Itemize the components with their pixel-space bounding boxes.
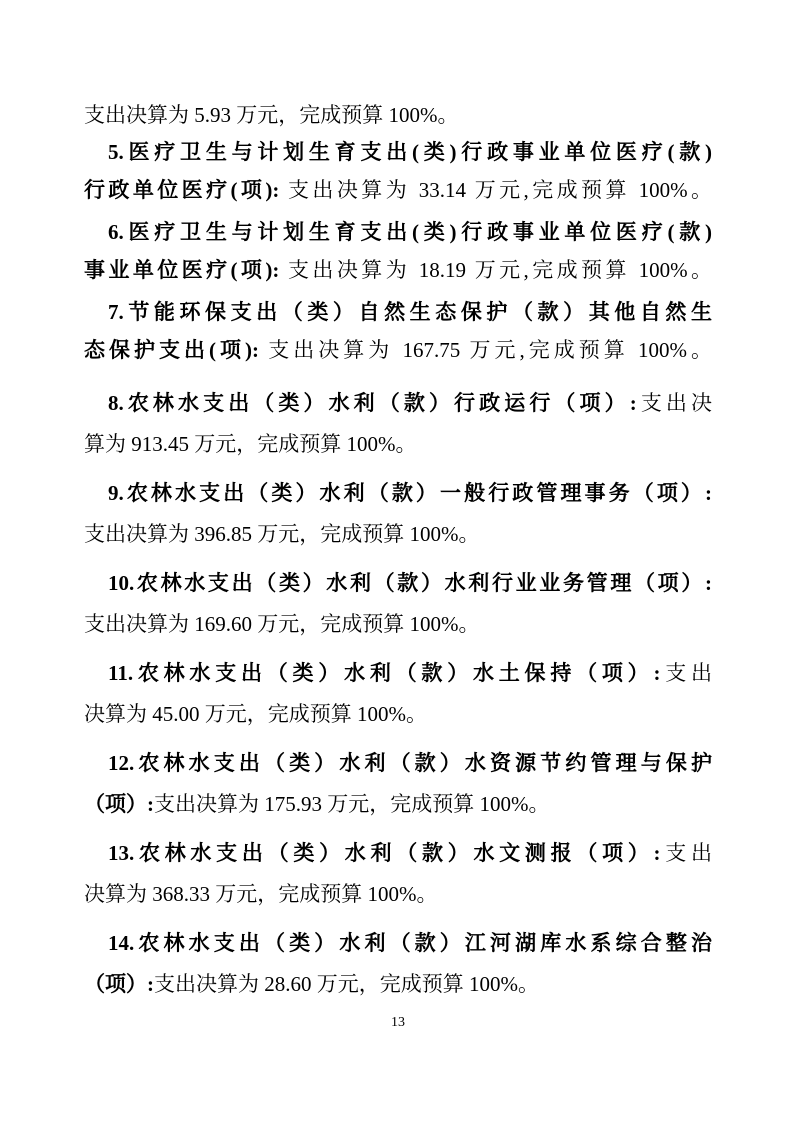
paragraph-item-4-continuation: 支出决算为 5.93 万元，完成预算 100%。 (84, 99, 712, 129)
body-text: 支出决算为 175.93 万元，完成预算 100%。 (154, 792, 550, 816)
body-text: 支出 (660, 661, 712, 685)
text-line: 10.农林水支出（类）水利（款）水利行业业务管理（项）: (84, 563, 712, 604)
item-heading: 9.农林水支出（类）水利（款）一般行政管理事务（项）: (108, 481, 712, 505)
paragraph-item-6: 6.医疗卫生与计划生育支出(类)行政事业单位医疗(款) 事业单位医疗(项): 支… (84, 213, 712, 289)
text-line: 决算为 45.00 万元，完成预算 100%。 (84, 694, 712, 735)
text-line: 11.农林水支出（类）水利（款）水土保持（项）:支出 (84, 653, 712, 694)
text-line: 行政单位医疗(项): 支出决算为 33.14 万元,完成预算 100%。 (84, 171, 712, 209)
paragraph-item-12: 12.农林水支出（类）水利（款）水资源节约管理与保护 （项）:支出决算为 175… (84, 743, 712, 825)
paragraph-item-5: 5.医疗卫生与计划生育支出(类)行政事业单位医疗(款) 行政单位医疗(项): 支… (84, 133, 712, 209)
text-line: （项）:支出决算为 175.93 万元，完成预算 100%。 (84, 784, 712, 825)
text-line: 14.农林水支出（类）水利（款）江河湖库水系综合整治 (84, 923, 712, 964)
text-line: 支出决算为 396.85 万元，完成预算 100%。 (84, 514, 712, 555)
item-heading: 5.医疗卫生与计划生育支出(类)行政事业单位医疗(款) (108, 140, 712, 164)
text-line: 6.医疗卫生与计划生育支出(类)行政事业单位医疗(款) (84, 213, 712, 251)
paragraph-item-9: 9.农林水支出（类）水利（款）一般行政管理事务（项）: 支出决算为 396.85… (84, 473, 712, 555)
body-text: 支出决 (637, 391, 712, 415)
item-heading: 行政单位医疗(项): (84, 178, 288, 202)
item-heading: （项）: (84, 972, 154, 996)
item-heading: 事业单位医疗(项): (84, 258, 288, 282)
paragraph-item-11: 11.农林水支出（类）水利（款）水土保持（项）:支出 决算为 45.00 万元，… (84, 653, 712, 735)
text-line: 决算为 368.33 万元，完成预算 100%。 (84, 874, 712, 915)
body-text: 决算为 45.00 万元，完成预算 100%。 (84, 702, 427, 726)
paragraph-item-10: 10.农林水支出（类）水利（款）水利行业业务管理（项）: 支出决算为 169.6… (84, 563, 712, 645)
text-line: 支出决算为 169.60 万元，完成预算 100%。 (84, 604, 712, 645)
item-heading: 态保护支出(项): (84, 338, 268, 362)
body-text: 支出决算为 396.85 万元，完成预算 100%。 (84, 522, 480, 546)
item-heading: 13.农林水支出（类）水利（款）水文测报（项）: (108, 841, 661, 865)
body-text: 支出 (661, 841, 712, 865)
text-line: 8.农林水支出（类）水利（款）行政运行（项）:支出决 (84, 383, 712, 424)
text-line: 事业单位医疗(项): 支出决算为 18.19 万元,完成预算 100%。 (84, 251, 712, 289)
paragraph-item-14: 14.农林水支出（类）水利（款）江河湖库水系综合整治 （项）:支出决算为 28.… (84, 923, 712, 1005)
text-line: 支出决算为 5.93 万元，完成预算 100%。 (84, 103, 459, 127)
text-line: 9.农林水支出（类）水利（款）一般行政管理事务（项）: (84, 473, 712, 514)
document-page: 支出决算为 5.93 万元，完成预算 100%。 5.医疗卫生与计划生育支出(类… (0, 0, 793, 1122)
text-line: 7.节能环保支出（类）自然生态保护（款）其他自然生 (84, 293, 712, 331)
text-line: （项）:支出决算为 28.60 万元，完成预算 100%。 (84, 964, 712, 1005)
text-line: 5.医疗卫生与计划生育支出(类)行政事业单位医疗(款) (84, 133, 712, 171)
body-text: 决算为 368.33 万元，完成预算 100%。 (84, 882, 438, 906)
body-text: 支出决算为 167.75 万元,完成预算 100%。 (268, 338, 712, 362)
page-number: 13 (84, 1013, 712, 1033)
body-text: 支出决算为 5.93 万元，完成预算 100%。 (84, 103, 459, 127)
item-heading: 8.农林水支出（类）水利（款）行政运行（项）: (108, 391, 637, 415)
text-line: 12.农林水支出（类）水利（款）水资源节约管理与保护 (84, 743, 712, 784)
text-line: 态保护支出(项): 支出决算为 167.75 万元,完成预算 100%。 (84, 331, 712, 369)
body-text: 支出决算为 18.19 万元,完成预算 100%。 (288, 258, 712, 282)
body-text: 支出决算为 28.60 万元，完成预算 100%。 (154, 972, 539, 996)
item-heading: 12.农林水支出（类）水利（款）水资源节约管理与保护 (108, 751, 712, 775)
item-heading: 6.医疗卫生与计划生育支出(类)行政事业单位医疗(款) (108, 220, 712, 244)
paragraph-item-7: 7.节能环保支出（类）自然生态保护（款）其他自然生 态保护支出(项): 支出决算… (84, 293, 712, 369)
paragraph-item-8: 8.农林水支出（类）水利（款）行政运行（项）:支出决 算为 913.45 万元，… (84, 383, 712, 465)
item-heading: 14.农林水支出（类）水利（款）江河湖库水系综合整治 (108, 931, 712, 955)
item-heading: 7.节能环保支出（类）自然生态保护（款）其他自然生 (108, 300, 712, 324)
paragraph-item-13: 13.农林水支出（类）水利（款）水文测报（项）:支出 决算为 368.33 万元… (84, 833, 712, 915)
text-line: 算为 913.45 万元，完成预算 100%。 (84, 424, 712, 465)
body-text: 支出决算为 33.14 万元,完成预算 100%。 (288, 178, 712, 202)
item-heading: 10.农林水支出（类）水利（款）水利行业业务管理（项）: (108, 571, 712, 595)
item-heading: （项）: (84, 792, 154, 816)
text-line: 13.农林水支出（类）水利（款）水文测报（项）:支出 (84, 833, 712, 874)
body-text: 算为 913.45 万元，完成预算 100%。 (84, 432, 417, 456)
body-text: 支出决算为 169.60 万元，完成预算 100%。 (84, 612, 480, 636)
item-heading: 11.农林水支出（类）水利（款）水土保持（项）: (108, 661, 660, 685)
